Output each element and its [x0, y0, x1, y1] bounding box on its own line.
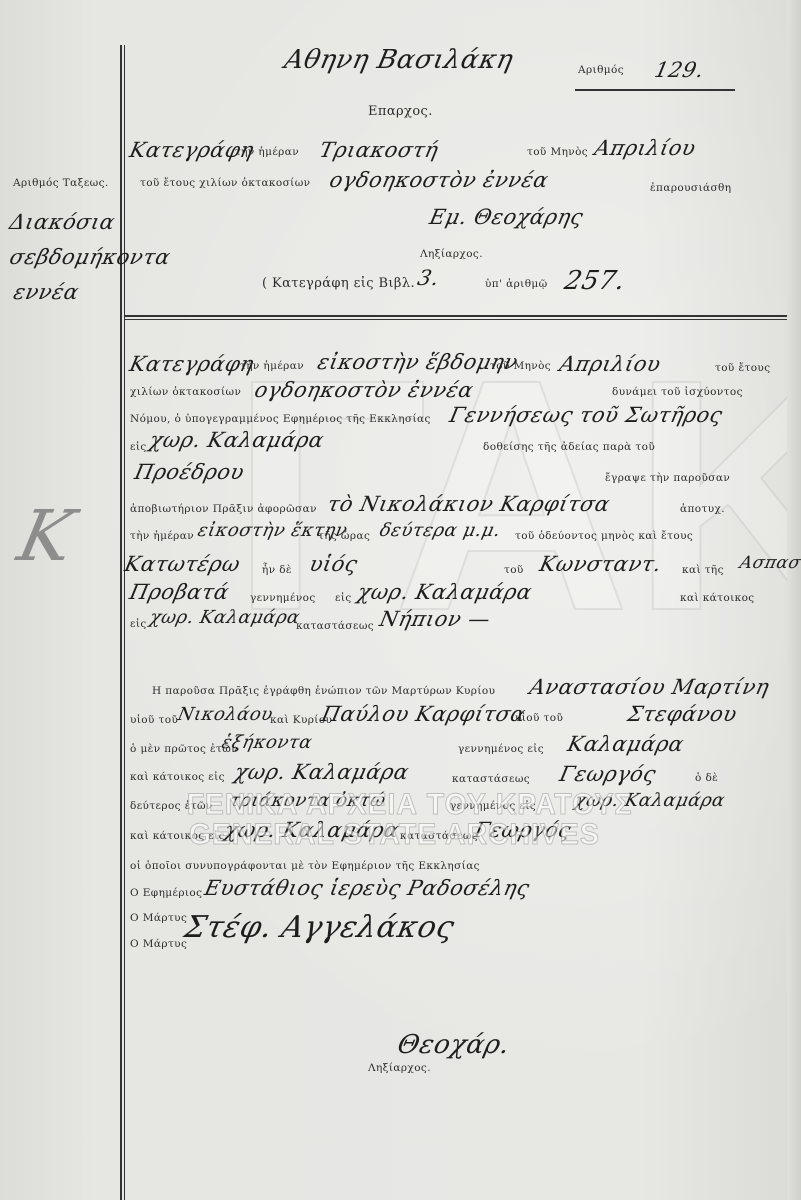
reg-year-value: ογδοηκοστὸν ἐννέα — [327, 168, 550, 192]
act-l3-p1: Νόμου, ὁ ὑπογεγραμμένος Εφημέριος τῆς Εκ… — [130, 413, 431, 425]
act-l2-p1: χιλίων ὀκτακοσίων — [130, 386, 241, 398]
wit-l2-p3: υἱοῦ τοῦ — [515, 712, 563, 724]
act-l2-p2: δυνάμει τοῦ ἰσχύοντος — [612, 386, 743, 398]
book-value: 3. — [415, 266, 441, 290]
act-l4-p2: δοθείσης τῆς ἀδείας παρὰ τοῦ — [483, 441, 655, 453]
act-l10-p2: καταστάσεως — [296, 620, 374, 632]
archive-watermark-english: GENERAL STATE ARCHIVES — [189, 818, 600, 852]
reg-presented-label: ἐπαρουσιάσθη — [650, 182, 731, 194]
act-l9-hw1: Προβατά — [127, 580, 231, 604]
class-number-label: Αριθμός Ταξεως. — [13, 177, 109, 189]
pencil-mark: K — [11, 495, 81, 577]
margin-rule-left — [120, 45, 122, 1200]
number-value: 129. — [652, 58, 706, 82]
act-l8-p1: ἦν δὲ — [262, 564, 292, 576]
act-l7-p1: τὴν ἡμέραν — [130, 530, 194, 542]
priest-label: Ο Εφημέριος — [130, 887, 202, 899]
reg-day-value: Τριακοστή — [317, 138, 440, 162]
margin-rule-right — [124, 45, 125, 1200]
act-l4-p1: εἰς — [130, 441, 147, 453]
act-l4-hw1: χωρ. Καλαμάρα — [147, 428, 326, 452]
wit-l2-hw1: Νικολάου — [176, 704, 275, 725]
wit-l1-hw1: Αναστασίου Μαρτίνη — [527, 675, 771, 699]
act-l7-hw2: δεύτερα μ.μ. — [378, 520, 503, 541]
wit-l4-p1: καὶ κάτοικος εἰς — [130, 771, 225, 783]
wit-l4-p2: καταστάσεως — [452, 773, 530, 785]
priest-signature: Ευστάθιος ἱερεὺς Ραδοσέλης — [202, 876, 531, 900]
book-label: ( Κατεγράφη εἰς Βιβλ. — [262, 276, 415, 291]
act-l10-hw2: Νήπιον — — [377, 607, 492, 631]
class-number-line-2: σεβδομήκοντα — [7, 245, 172, 269]
act-l1-p2: τοῦ Μηνὸς — [490, 360, 551, 372]
document-page: ΓΑΚ Αθηνη Βασιλάκη Αριθμός 129. Επαρχος.… — [0, 0, 801, 1200]
page-edge — [787, 0, 801, 1200]
witness1-label: Ο Μάρτυς — [130, 912, 187, 924]
wit-l3-p2: γεννημένος εἰς — [458, 743, 544, 755]
act-l8-p3: καὶ τῆς — [682, 564, 724, 576]
act-l8-p2: τοῦ — [504, 564, 524, 576]
act-l1-p3: τοῦ ἔτους — [715, 362, 770, 374]
wit-l2-hw2: Παύλου Καρφίτσα — [319, 702, 528, 726]
number-underline — [575, 89, 735, 91]
wit-l2-hw3: Στεφάνου — [625, 702, 739, 726]
act-l7-p3: τοῦ ὁδεύοντος μηνὸς καὶ ἔτους — [515, 530, 693, 542]
act-l8-hw3: Κωνσταντ. — [537, 552, 663, 576]
act-l6-hw1: τὸ Νικολάκιον Καρφίτσα — [325, 492, 612, 516]
act-l6-p2: ἀποτυχ. — [680, 503, 725, 515]
class-number-line-3: εννέα — [11, 280, 81, 304]
under-number-value: 257. — [562, 266, 628, 296]
wit-l4-hw1: χωρ. Καλαμάρα — [232, 760, 411, 784]
act-l9-p1: γεννημένος — [250, 592, 316, 604]
witness-signature: Στέφ. Αγγελάκος — [181, 910, 457, 945]
act-l9-hw2: χωρ. Καλαμάρα — [355, 580, 534, 604]
act-l10-p1: εἰς — [130, 618, 147, 630]
act-l9-p3: καὶ κάτοικος — [680, 592, 755, 604]
wit-l7-p1: οἱ ὁποῖοι συνυπογράφονται μὲ τὸν Εφημέρι… — [130, 860, 480, 872]
reg-month-value: Απριλίου — [592, 136, 698, 160]
act-l7-p2: τῆς ὥρας — [318, 530, 370, 542]
section-divider-thin — [124, 319, 801, 320]
section-divider — [124, 315, 801, 317]
registrar-label: Ληξίαρχος. — [420, 248, 483, 260]
reg-day-label: τὴν ἡμέραν — [235, 146, 299, 158]
wit-l4-hw2: Γεωργός — [557, 762, 658, 786]
witness2-label: Ο Μάρτυς — [130, 938, 187, 950]
number-label: Αριθμός — [578, 64, 624, 76]
wit-l4-p3: ὁ δὲ — [695, 772, 718, 784]
act-l10-hw1: χωρ. Καλαμάρα — [148, 607, 302, 628]
act-l1-p1: τὴν ἡμέραν — [240, 360, 304, 372]
prefect-signature: Αθηνη Βασιλάκη — [282, 45, 516, 75]
under-number-label: ὑπ' ἀριθμῷ — [485, 278, 548, 290]
act-l6-p1: ἀποβιωτήριον Πρᾶξιν ἀφορῶσαν — [130, 503, 317, 515]
act-l9-p2: εἰς — [335, 592, 352, 604]
wit-l3-hw1: ἑξήκοντα — [220, 732, 315, 753]
act-l2-hw1: ογδοηκοστὸν ἐννέα — [252, 378, 475, 402]
act-l5-p1: ἔγραψε τὴν παροῦσαν — [605, 472, 730, 484]
act-l5-hw1: Προέδρου — [132, 460, 246, 484]
registrar-final-signature: Θεοχάρ. — [395, 1030, 513, 1060]
reg-month-label: τοῦ Μηνὸς — [527, 146, 588, 158]
wit-l2-p1: υἱοῦ τοῦ — [130, 714, 178, 726]
act-l8-hw4: Ασπασ. — [738, 553, 801, 573]
act-l1-hw3: Απριλίου — [557, 352, 663, 376]
class-number-line-1: Διακόσια — [7, 210, 117, 234]
registrar-final-label: Ληξίαρχος. — [368, 1062, 431, 1074]
wit-l3-hw2: Καλαμάρα — [565, 732, 686, 756]
act-l1-hw1: Κατεγράφη — [127, 352, 256, 376]
act-l8-hw2: υἱός — [307, 552, 360, 576]
wit-l1-p1: Η παροῦσα Πρᾶξις ἐγράφθη ἐνώπιον τῶν Μαρ… — [152, 685, 495, 697]
registrar-signature: Εμ. Θεοχάρης — [427, 205, 585, 229]
act-l8-hw1: Κατωτέρω — [122, 552, 242, 576]
act-l3-hw1: Γεννήσεως τοῦ Σωτῆρος — [447, 403, 724, 427]
prefect-label: Επαρχος. — [368, 104, 433, 119]
archive-watermark-greek: ΓΕΝΙΚΑ ΑΡΧΕΙΑ ΤΟΥ ΚΡΑΤΟΥΣ — [187, 788, 633, 822]
reg-year-label: τοῦ ἔτους χιλίων ὀκτακοσίων — [140, 177, 310, 189]
